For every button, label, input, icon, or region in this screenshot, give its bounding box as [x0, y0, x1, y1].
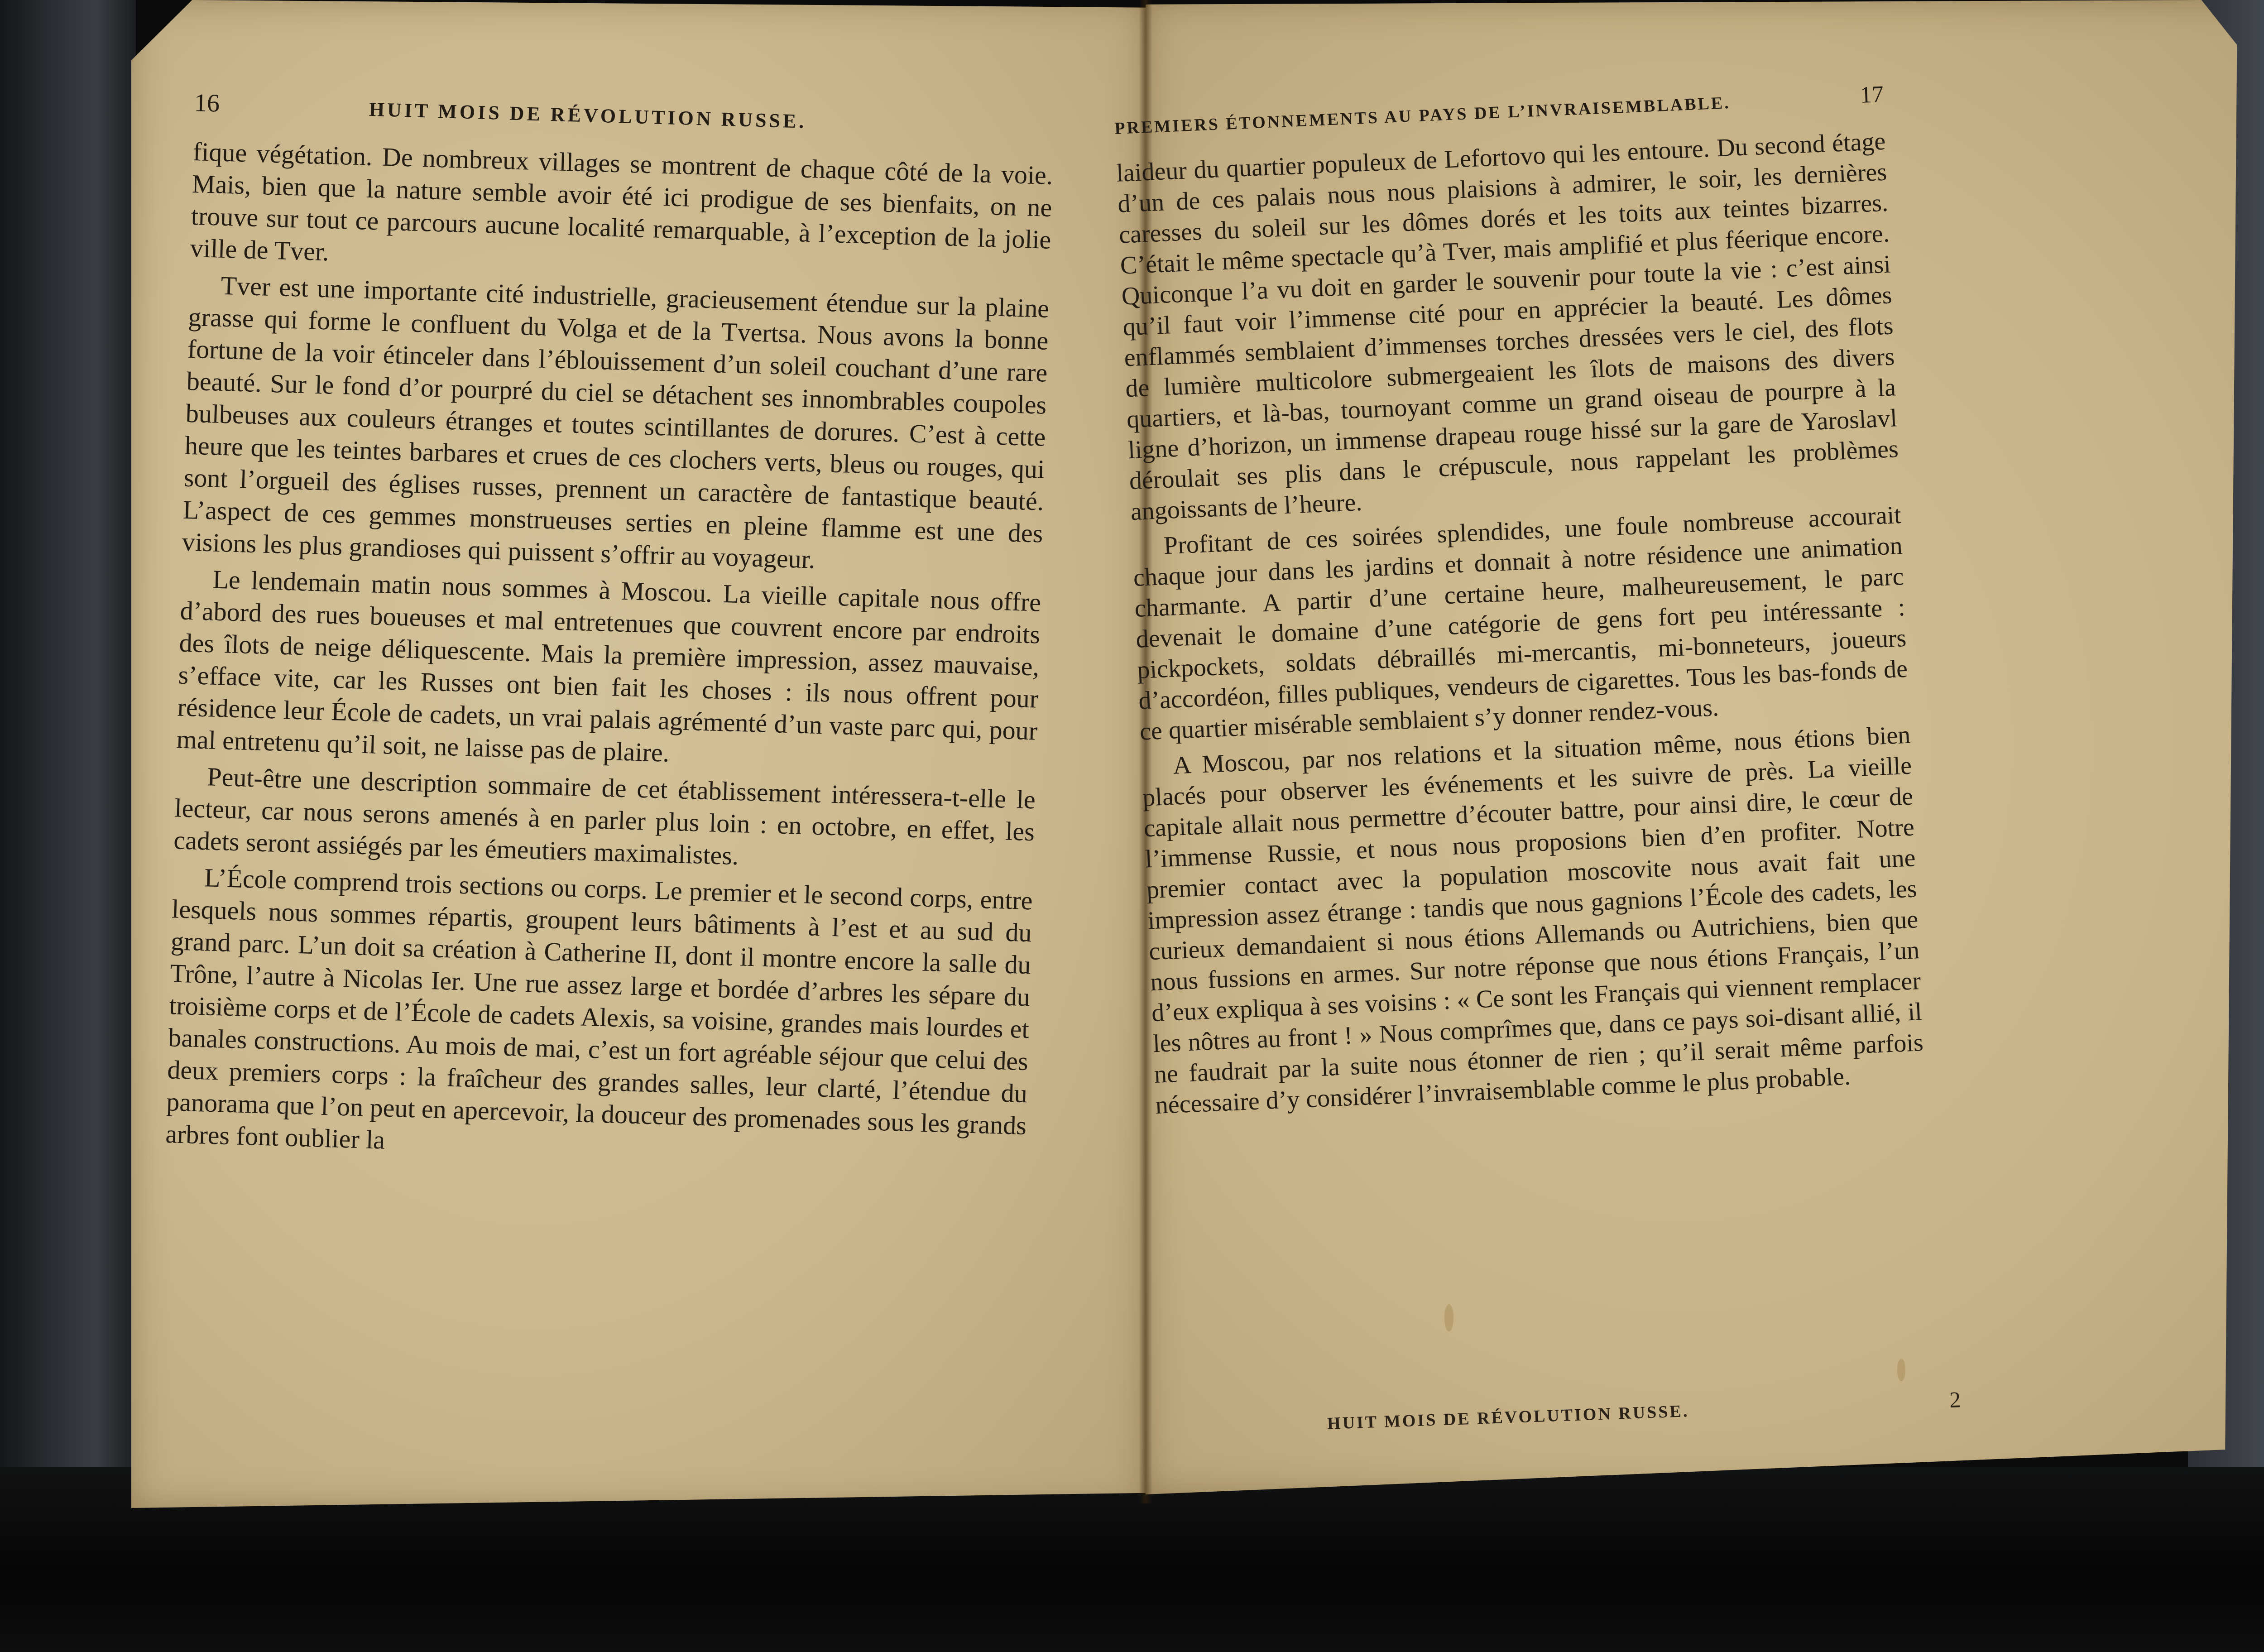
signature-number: 2	[1949, 1386, 1961, 1413]
paragraph: laideur du quartier populeux de Lefortov…	[1116, 126, 1900, 527]
paragraph: L’École comprend trois sections ou corps…	[165, 860, 1033, 1174]
page-number-right: 17	[1860, 81, 1884, 109]
paragraph: Peut-être une description sommaire de ce…	[173, 759, 1036, 880]
paragraph: fique végétation. De nombreux villages s…	[190, 135, 1053, 288]
paragraph: Tver est une importante cité industriell…	[182, 269, 1050, 582]
paragraph: Profitant de ces soirées splendides, une…	[1132, 499, 1909, 747]
paragraph: A Moscou, par nos relations et la situat…	[1141, 720, 1925, 1121]
page-number-left: 16	[194, 88, 220, 118]
paragraph: Le lendemain matin nous sommes à Moscou.…	[176, 562, 1041, 779]
paper-stain	[1897, 1359, 1905, 1381]
left-page-text: 16 HUIT MOIS DE RÉVOLUTION RUSSE. fique …	[165, 88, 1055, 1178]
paper-stain	[1444, 1304, 1453, 1331]
right-page-text: PREMIERS ÉTONNEMENTS AU PAYS DE L’INVRAI…	[1114, 81, 1925, 1125]
display-case-frame-left	[0, 0, 136, 1503]
